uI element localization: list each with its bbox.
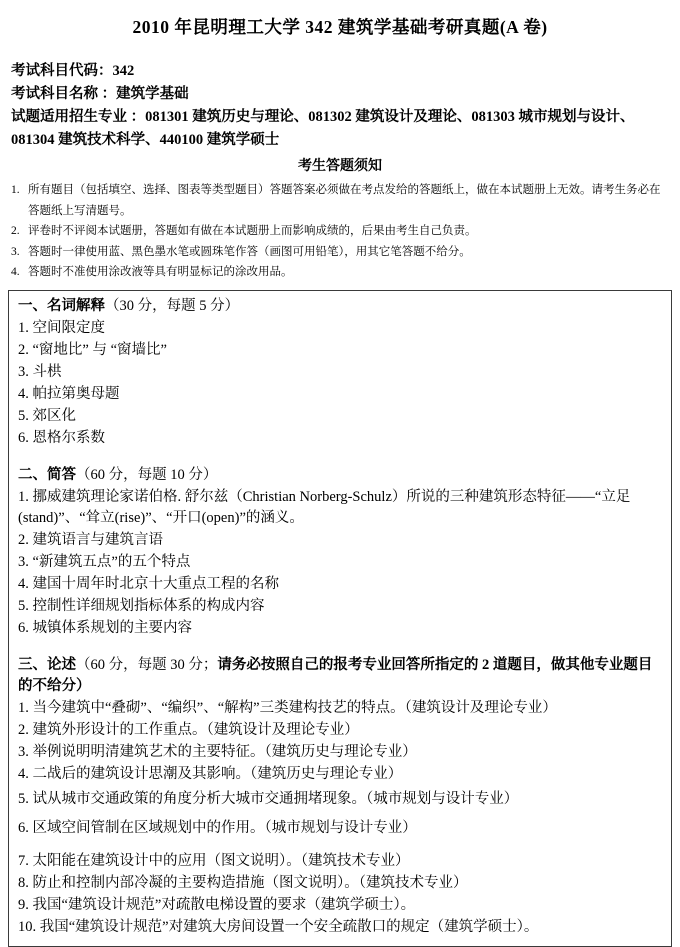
section-essay-heading: 三、论述（60 分，每题 30 分；请务必按照自己的报考专业回答所指定的 2 道… bbox=[18, 655, 662, 696]
subject-name-label: 考试科目名称 ： bbox=[11, 86, 116, 102]
notice-title: 考生答题须知 bbox=[8, 157, 672, 177]
subject-name-line: 考试科目名称 ：建筑学基础 bbox=[11, 83, 669, 106]
notice-item-2: 2.评卷时不评阅本试题册，答题如有做在本试题册上而影响成绩的，后果由考生自己负责… bbox=[11, 221, 669, 242]
notice-item-number: 1. bbox=[11, 180, 28, 221]
section-terms-title: 一、名词解释 bbox=[18, 298, 105, 314]
notice-item-3: 3.答题时一律使用蓝、黑色墨水笔或圆珠笔作答（画图可用铅笔），用其它笔答题不给分… bbox=[11, 242, 669, 263]
subject-name-value: 建筑学基础 bbox=[116, 86, 189, 102]
notice-item-text: 评卷时不评阅本试题册，答题如有做在本试题册上而影响成绩的，后果由考生自己负责。 bbox=[28, 221, 669, 242]
section-essay-title: 三、论述 bbox=[18, 657, 76, 673]
question: 6. 恩格尔系数 bbox=[18, 428, 662, 449]
section-essay: 三、论述（60 分，每题 30 分；请务必按照自己的报考专业回答所指定的 2 道… bbox=[18, 655, 662, 938]
page-title: 2010 年昆明理工大学 342 建筑学基础考研真题(A 卷) bbox=[8, 14, 672, 40]
question: 9. 我国“建筑设计规范”对疏散电梯设置的要求（建筑学硕士）。 bbox=[18, 895, 662, 916]
question: 5. 郊区化 bbox=[18, 406, 662, 427]
exam-meta: 考试科目代码：342 考试科目名称 ：建筑学基础 试题适用招生专业 ：08130… bbox=[8, 60, 672, 152]
section-short-answer-points: （60 分，每题 10 分） bbox=[76, 467, 217, 483]
question: 7. 太阳能在建筑设计中的应用（图文说明）。（建筑技术专业） bbox=[18, 851, 662, 872]
question: 2. 建筑外形设计的工作重点。（建筑设计及理论专业） bbox=[18, 720, 662, 741]
question: 6. 城镇体系规划的主要内容 bbox=[18, 618, 662, 639]
subject-code-label: 考试科目代码： bbox=[11, 63, 113, 79]
notice-item-4: 4.答题时不准使用涂改液等具有明显标记的涂改用品。 bbox=[11, 262, 669, 283]
notice-item-text: 答题时不准使用涂改液等具有明显标记的涂改用品。 bbox=[28, 262, 669, 283]
notice-item-1: 1.所有题目（包括填空、选择、图表等类型题目）答题答案必须做在考点发给的答题纸上… bbox=[11, 180, 669, 221]
question: 10. 我国“建筑设计规范”对建筑大房间设置一个安全疏散口的规定（建筑学硕士）。 bbox=[18, 917, 662, 938]
question: 2. 建筑语言与建筑言语 bbox=[18, 530, 662, 551]
exam-paper-page: 2010 年昆明理工大学 342 建筑学基础考研真题(A 卷) 考试科目代码：3… bbox=[0, 0, 680, 947]
question: 3. 斗栱 bbox=[18, 362, 662, 383]
notice-item-number: 3. bbox=[11, 242, 28, 263]
question: 6. 区域空间管制在区域规划中的作用。（城市规划与设计专业） bbox=[18, 818, 662, 839]
section-terms: 一、名词解释（30 分，每题 5 分） 1. 空间限定度 2. “窗地比” 与 … bbox=[18, 296, 662, 449]
question: 5. 控制性详细规划指标体系的构成内容 bbox=[18, 596, 662, 617]
section-short-answer-title: 二、简答 bbox=[18, 467, 76, 483]
notice-list: 1.所有题目（包括填空、选择、图表等类型题目）答题答案必须做在考点发给的答题纸上… bbox=[8, 180, 672, 283]
notice-item-text: 答题时一律使用蓝、黑色墨水笔或圆珠笔作答（画图可用铅笔），用其它笔答题不给分。 bbox=[28, 242, 669, 263]
question: 4. 二战后的建筑设计思潮及其影响。（建筑历史与理论专业） bbox=[18, 764, 662, 785]
question: 5. 试从城市交通政策的角度分析大城市交通拥堵现象。（城市规划与设计专业） bbox=[18, 789, 662, 810]
question: 3. “新建筑五点”的五个特点 bbox=[18, 552, 662, 573]
question: 4. 建国十周年时北京十大重点工程的名称 bbox=[18, 574, 662, 595]
notice-item-text: 所有题目（包括填空、选择、图表等类型题目）答题答案必须做在考点发给的答题纸上，做… bbox=[28, 180, 669, 221]
subject-code-line: 考试科目代码：342 bbox=[11, 60, 669, 83]
notice-item-number: 2. bbox=[11, 221, 28, 242]
subject-code-value: 342 bbox=[113, 63, 135, 79]
question: 8. 防止和控制内部冷凝的主要构造措施（图文说明）。（建筑技术专业） bbox=[18, 873, 662, 894]
question: 1. 空间限定度 bbox=[18, 318, 662, 339]
section-terms-points: （30 分，每题 5 分） bbox=[105, 298, 239, 314]
notice-item-number: 4. bbox=[11, 262, 28, 283]
applicable-majors-line: 试题适用招生专业 ：081301 建筑历史与理论、081302 建筑设计及理论、… bbox=[11, 106, 669, 152]
majors-label: 试题适用招生专业 ： bbox=[11, 109, 145, 125]
section-short-answer: 二、简答（60 分，每题 10 分） 1. 挪威建筑理论家诺伯格. 舒尔兹（Ch… bbox=[18, 465, 662, 638]
section-short-answer-heading: 二、简答（60 分，每题 10 分） bbox=[18, 465, 662, 486]
section-terms-heading: 一、名词解释（30 分，每题 5 分） bbox=[18, 296, 662, 317]
question: 1. 当今建筑中“叠砌”、“编织”、“解构”三类建构技艺的特点。（建筑设计及理论… bbox=[18, 698, 662, 719]
question: 1. 挪威建筑理论家诺伯格. 舒尔兹（Christian Norberg-Sch… bbox=[18, 487, 662, 528]
question: 3. 举例说明明清建筑艺术的主要特征。（建筑历史与理论专业） bbox=[18, 742, 662, 763]
question: 4. 帕拉第奥母题 bbox=[18, 384, 662, 405]
question: 2. “窗地比” 与 “窗墙比” bbox=[18, 340, 662, 361]
exam-questions-box: 一、名词解释（30 分，每题 5 分） 1. 空间限定度 2. “窗地比” 与 … bbox=[8, 290, 672, 947]
section-essay-points: （60 分，每题 30 分； bbox=[76, 657, 217, 673]
